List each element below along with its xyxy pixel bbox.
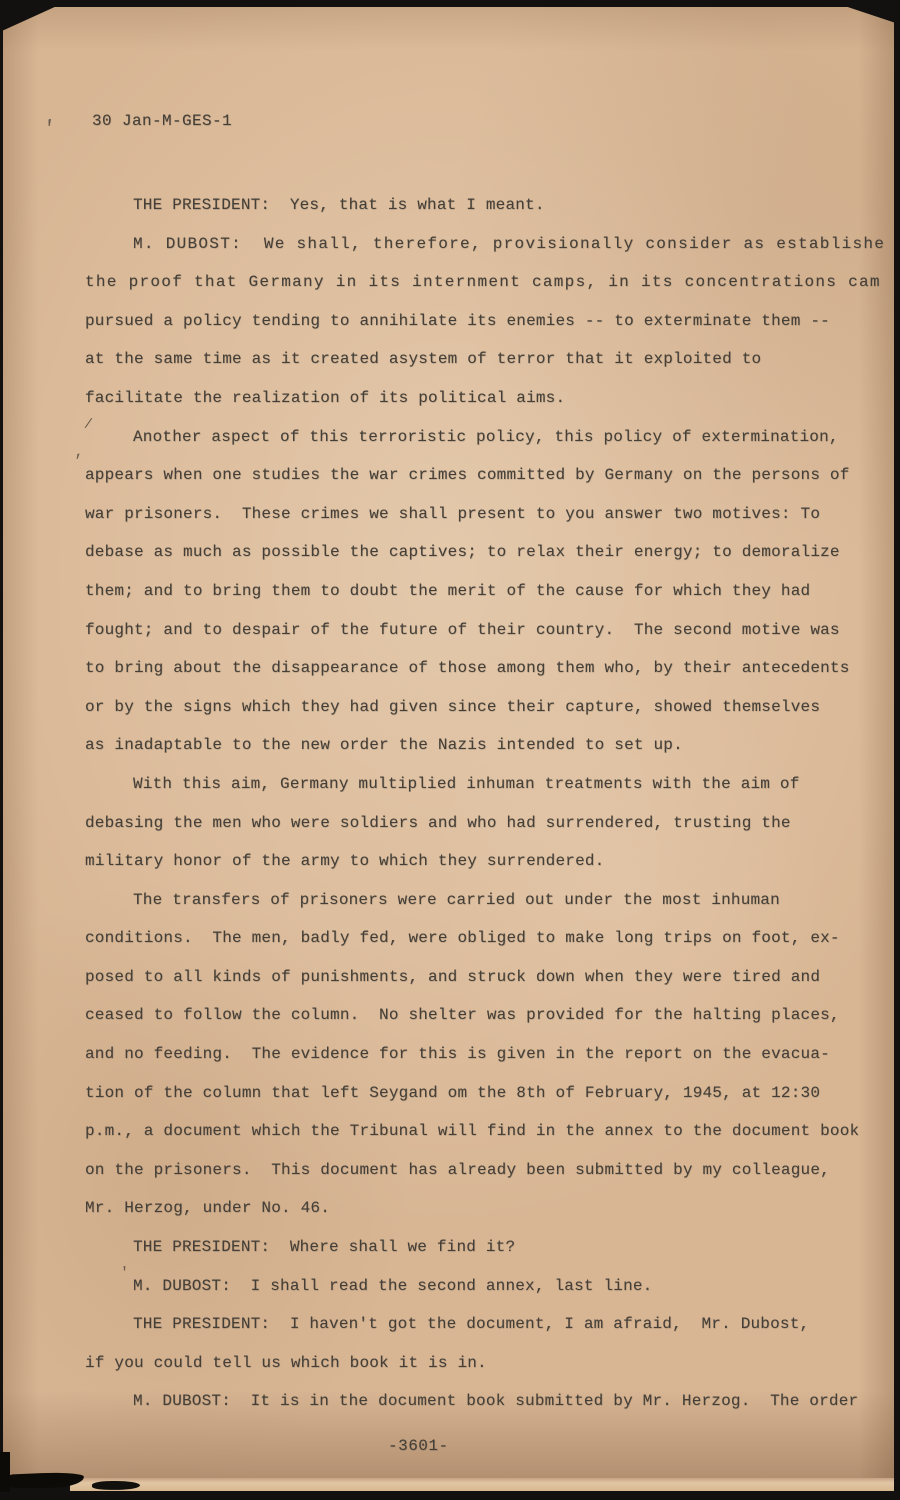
transcript-line: tion of the column that left Seygand om … xyxy=(85,1074,894,1113)
transcript-line: if you could tell us which book it is in… xyxy=(85,1344,894,1383)
transcript-line: on the prisoners. This document has alre… xyxy=(85,1151,894,1190)
transcript-line: at the same time as it created asystem o… xyxy=(85,340,894,379)
paper: 30 Jan-M-GES-1 THE PRESIDENT: Yes, that … xyxy=(3,7,894,1478)
transcript-line: fought; and to despair of the future of … xyxy=(85,611,894,650)
under-sheet xyxy=(70,1476,894,1491)
transcript-line: war prisoners. These crimes we shall pre… xyxy=(85,495,894,534)
ink-mark: / xyxy=(83,418,93,433)
transcript-line: THE PRESIDENT: Yes, that is what I meant… xyxy=(85,186,894,225)
ink-mark: ' xyxy=(120,1266,129,1281)
transcript-line: posed to all kinds of punishments, and s… xyxy=(85,958,894,997)
page-number: -3601- xyxy=(388,1437,449,1455)
transcript-line: or by the signs which they had given sin… xyxy=(85,688,894,727)
transcript-line: M. DUBOST: It is in the document book su… xyxy=(85,1382,894,1421)
transcript-line: appears when one studies the war crimes … xyxy=(85,456,894,495)
transcript-line: military honor of the army to which they… xyxy=(85,842,894,881)
transcript-line: facilitate the realization of its politi… xyxy=(85,379,894,418)
transcript-line: the proof that Germany in its internment… xyxy=(85,263,894,302)
transcript-line: debase as much as possible the captives;… xyxy=(85,533,894,572)
transcript-line: M. DUBOST: We shall, therefore, provisio… xyxy=(85,225,894,264)
transcript-line: conditions. The men, badly fed, were obl… xyxy=(85,919,894,958)
transcript-line: Mr. Herzog, under No. 46. xyxy=(85,1189,894,1228)
transcript-line: M. DUBOST: I shall read the second annex… xyxy=(85,1267,894,1306)
transcript-line: p.m., a document which the Tribunal will… xyxy=(85,1112,894,1151)
transcript-line: and no feeding. The evidence for this is… xyxy=(85,1035,894,1074)
transcript-line: as inadaptable to the new order the Nazi… xyxy=(85,726,894,765)
page-header: 30 Jan-M-GES-1 xyxy=(92,112,232,130)
torn-edge xyxy=(0,1452,10,1492)
transcript-line: debasing the men who were soldiers and w… xyxy=(85,804,894,843)
transcript-line: The transfers of prisoners were carried … xyxy=(85,881,894,920)
transcript-line: THE PRESIDENT: I haven't got the documen… xyxy=(85,1305,894,1344)
ink-mark: , xyxy=(73,444,84,461)
transcript: THE PRESIDENT: Yes, that is what I meant… xyxy=(85,186,894,1421)
transcript-line: With this aim, Germany multiplied inhuma… xyxy=(85,765,894,804)
transcript-line: them; and to bring them to doubt the mer… xyxy=(85,572,894,611)
transcript-line: pursued a policy tending to annihilate i… xyxy=(85,302,894,341)
scan-background: { "colors": { "paper": "#d8b694", "ink":… xyxy=(0,0,900,1500)
transcript-line: Another aspect of this terroristic polic… xyxy=(85,418,894,457)
transcript-line: to bring about the disappearance of thos… xyxy=(85,649,894,688)
transcript-line: THE PRESIDENT: Where shall we find it? xyxy=(85,1228,894,1267)
transcript-line: ceased to follow the column. No shelter … xyxy=(85,996,894,1035)
